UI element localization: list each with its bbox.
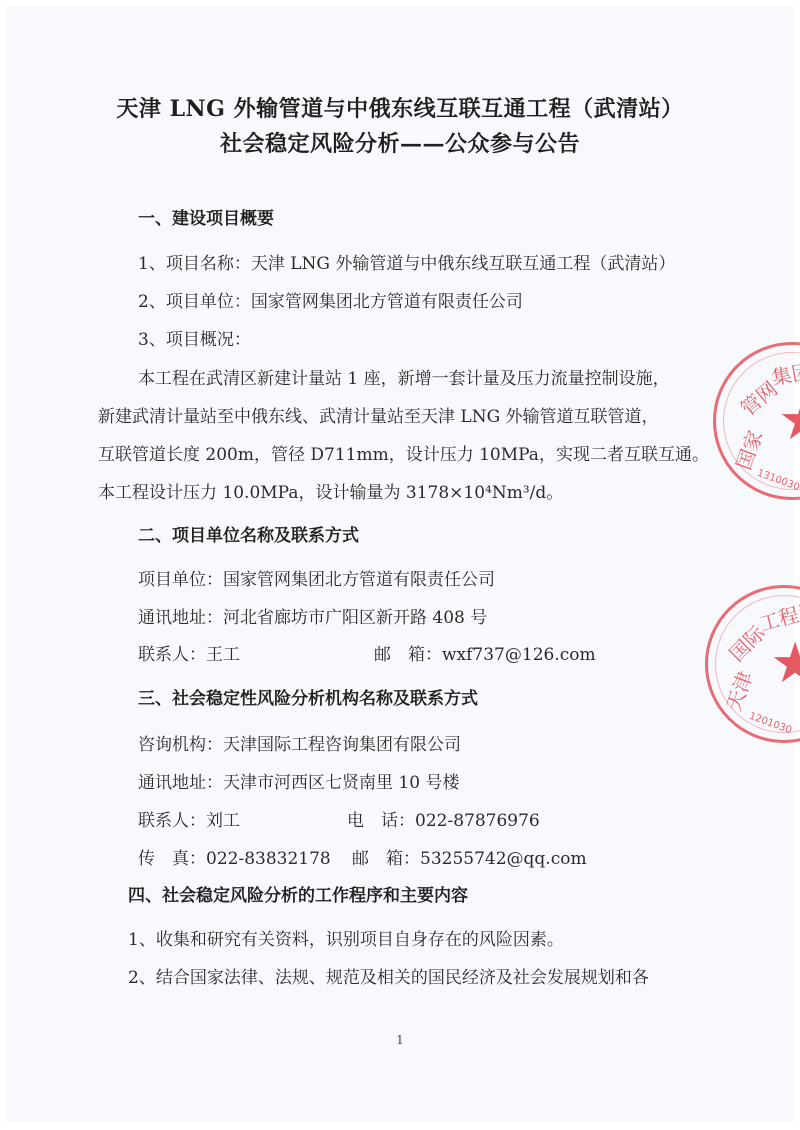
- unit-contact: 联系人：王工: [138, 640, 240, 665]
- document-title-line2: 社会稳定风险分析——公众参与公告: [0, 127, 800, 158]
- agency-line: 咨询机构：天津国际工程咨询集团有限公司: [138, 730, 461, 755]
- section-heading-4: 四、社会稳定风险分析的工作程序和主要内容: [128, 881, 468, 906]
- unit-line: 项目单位：国家管网集团北方管道有限责任公司: [138, 565, 495, 590]
- document-title-line1: 天津 LNG 外输管道与中俄东线互联互通工程（武清站）: [0, 92, 800, 123]
- agency-fax: 传 真：022-83832178: [138, 844, 331, 869]
- agency-email: 邮 箱：53255742@qq.com: [352, 844, 587, 869]
- document-page: [6, 6, 794, 1122]
- project-unit-line: 2、项目单位：国家管网集团北方管道有限责任公司: [138, 287, 523, 312]
- project-overview-label: 3、项目概况：: [138, 325, 251, 350]
- star-icon: ★: [770, 636, 800, 692]
- procedure-step-1: 1、收集和研究有关资料，识别项目自身存在的风险因素。: [128, 925, 564, 950]
- page-number: 1: [0, 1033, 800, 1047]
- unit-email: 邮 箱：wxf737@126.com: [374, 640, 596, 665]
- agency-address-line: 通讯地址：天津市河西区七贤南里 10 号楼: [138, 768, 459, 793]
- overview-paragraph-line2: 新建武清计量站至中俄东线、武清计量站至天津 LNG 外输管道互联管道，: [98, 402, 659, 427]
- agency-phone: 电 话：022-87876976: [347, 806, 540, 831]
- unit-address-line: 通讯地址：河北省廊坊市广阳区新开路 408 号: [138, 603, 487, 628]
- project-name-line: 1、项目名称：天津 LNG 外输管道与中俄东线互联互通工程（武清站）: [138, 249, 675, 274]
- agency-contact: 联系人：刘工: [138, 806, 240, 831]
- section-heading-3: 三、社会稳定性风险分析机构名称及联系方式: [138, 684, 478, 709]
- procedure-step-2: 2、结合国家法律、法规、规范及相关的国民经济及社会发展规划和各: [128, 963, 649, 988]
- overview-paragraph-line4: 本工程设计压力 10.0MPa，设计输量为 3178×10⁴Nm³/d。: [98, 478, 563, 503]
- section-heading-1: 一、建设项目概要: [138, 204, 274, 229]
- overview-paragraph-line1: 本工程在武清区新建计量站 1 座，新增一套计量及压力流量控制设施，: [138, 364, 670, 389]
- star-icon: ★: [778, 393, 800, 449]
- section-heading-2: 二、项目单位名称及联系方式: [138, 521, 359, 546]
- overview-paragraph-line3: 互联管道长度 200m，管径 D711mm，设计压力 10MPa，实现二者互联互…: [98, 440, 709, 465]
